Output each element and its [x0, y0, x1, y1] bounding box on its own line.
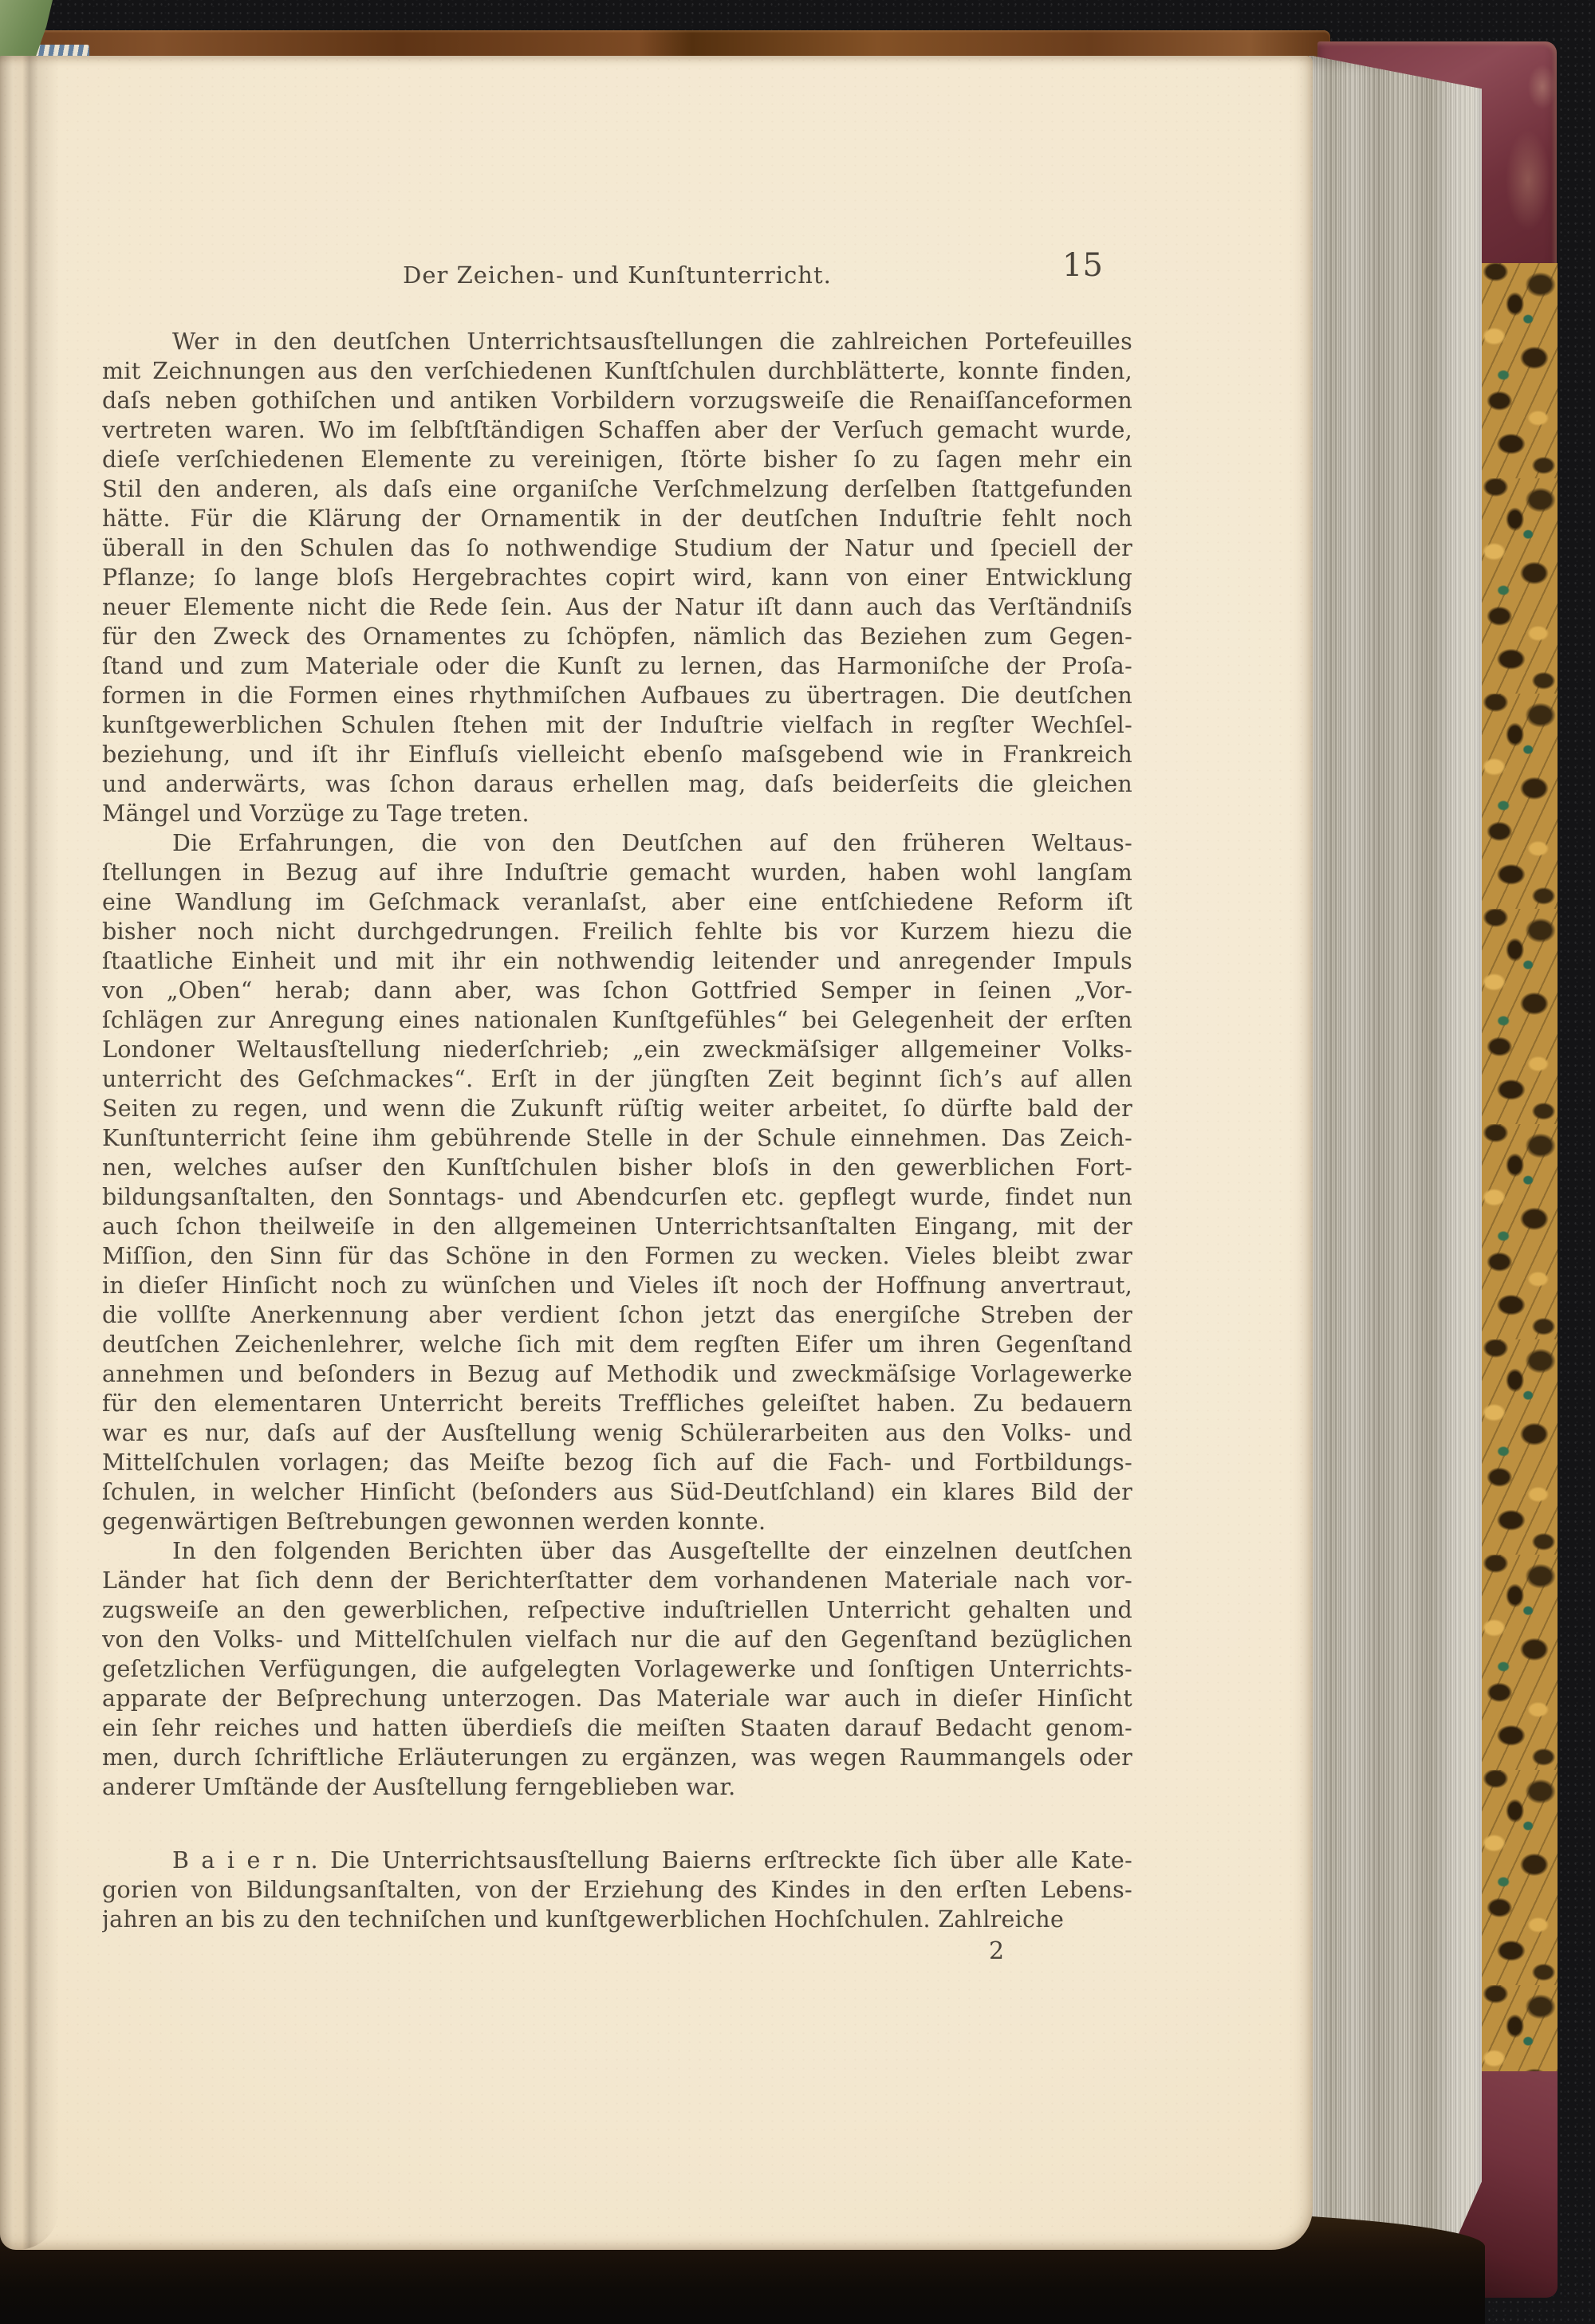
- text-line: ſtaatliche Einheit und mit ihr ein nothw…: [102, 946, 1132, 976]
- page-gutter-shadow: [0, 56, 59, 2250]
- text-line: war es nur, daſs auf der Ausſtellung wen…: [102, 1418, 1132, 1448]
- book-page: Der Zeichen- und Kunſtunterricht. 15 Wer…: [0, 56, 1313, 2250]
- text-line: Londoner Weltausſtellung niederſchrieb; …: [102, 1035, 1132, 1064]
- body-text: Wer in den deutſchen Unterrichtsausſtell…: [102, 327, 1132, 1934]
- text-line: unterricht des Geſchmackes“. Erſt in der…: [102, 1064, 1132, 1094]
- text-line: bisher noch nicht durchgedrungen. Freili…: [102, 917, 1132, 946]
- text-line: kunſtgewerblichen Schulen ſtehen mit der…: [102, 710, 1132, 740]
- text-line: Kunſtunterricht ſeine ihm gebührende Ste…: [102, 1123, 1132, 1153]
- text-line: ſtellungen in Bezug auf ihre Induſtrie g…: [102, 858, 1132, 887]
- text-line: men, durch ſchriftliche Erläuterungen zu…: [102, 1743, 1132, 1772]
- text-line: neuer Elemente nicht die Rede ſein. Aus …: [102, 592, 1132, 622]
- text-line: jahren an bis zu den techniſchen und kun…: [102, 1905, 1132, 1934]
- text-line: überall in den Schulen das ſo nothwendig…: [102, 533, 1132, 563]
- text-line: Mängel und Vorzüge zu Tage treten.: [102, 799, 1132, 828]
- text-line: in dieſer Hinſicht noch zu wünſchen und …: [102, 1271, 1132, 1300]
- text-line: Seiten zu regen, und wenn die Zukunft rü…: [102, 1094, 1132, 1123]
- text-line: für den elementaren Unterricht bereits T…: [102, 1389, 1132, 1418]
- paragraph: Die Erfahrungen, die von den Deutſchen a…: [102, 828, 1132, 1536]
- text-line: ſchlägen zur Anregung eines nationalen K…: [102, 1005, 1132, 1035]
- text-line: Pflanze; ſo lange bloſs Hergebrachtes co…: [102, 563, 1132, 592]
- signature-mark: 2: [989, 1937, 1004, 1965]
- text-line: Wer in den deutſchen Unterrichtsausſtell…: [102, 327, 1132, 356]
- text-line: gorien von Bildungsanſtalten, von der Er…: [102, 1875, 1132, 1905]
- text-line: ſchulen, in welcher Hinſicht (beſonders …: [102, 1477, 1132, 1507]
- marbled-board-edge: [1480, 263, 1558, 2071]
- text-line: Länder hat ſich denn der Berichterſtatte…: [102, 1566, 1132, 1595]
- text-line: apparate der Beſprechung unterzogen. Das…: [102, 1684, 1132, 1713]
- page-number: 15: [1062, 247, 1103, 284]
- text-line: bildungsanſtalten, den Sonntags- und Abe…: [102, 1182, 1132, 1212]
- text-line: die vollſte Anerkennung aber verdient ſc…: [102, 1300, 1132, 1330]
- text-line: B a i e r n. Die Unterrichtsausſtellung …: [102, 1846, 1132, 1875]
- fore-edge-page-stack: [1309, 56, 1482, 2256]
- text-line: und anderwärts, was ſchon daraus erhelle…: [102, 769, 1132, 799]
- book-top-board-edge: [0, 30, 1330, 59]
- text-line: beziehung, und iſt ihr Einfluſs vielleic…: [102, 740, 1132, 769]
- text-line: geſetzlichen Verfügungen, die aufgelegte…: [102, 1654, 1132, 1684]
- text-line: Die Erfahrungen, die von den Deutſchen a…: [102, 828, 1132, 858]
- text-line: Miſſion, den Sinn für das Schöne in den …: [102, 1241, 1132, 1271]
- running-head: Der Zeichen- und Kunſtunterricht.: [102, 261, 1132, 289]
- text-line: Stil den anderen, als daſs eine organiſc…: [102, 474, 1132, 504]
- text-line: annehmen und beſonders in Bezug auf Meth…: [102, 1359, 1132, 1389]
- text-line: von den Volks- und Mittelſchulen vielfac…: [102, 1625, 1132, 1654]
- text-line: eine Wandlung im Geſchmack veranlaſst, a…: [102, 887, 1132, 917]
- text-line: für den Zweck des Ornamentes zu ſchöpfen…: [102, 622, 1132, 651]
- text-line: ſtand und zum Materiale oder die Kunſt z…: [102, 651, 1132, 681]
- text-line: auch ſchon theilweiſe in den allgemeinen…: [102, 1212, 1132, 1241]
- text-line: In den folgenden Berichten über das Ausg…: [102, 1536, 1132, 1566]
- text-line: gegenwärtigen Beſtrebungen gewonnen werd…: [102, 1507, 1132, 1536]
- text-line: formen in die Formen eines rhythmiſchen …: [102, 681, 1132, 710]
- paragraph: B a i e r n. Die Unterrichtsausſtellung …: [102, 1846, 1132, 1934]
- text-line: ein ſehr reiches und hatten überdieſs di…: [102, 1713, 1132, 1743]
- text-line: nen, welches auſser den Kunſtſchulen bis…: [102, 1153, 1132, 1182]
- paragraph: Wer in den deutſchen Unterrichtsausſtell…: [102, 327, 1132, 828]
- text-line: von „Oben“ herab; dann aber, was ſchon G…: [102, 976, 1132, 1005]
- text-line: daſs neben gothiſchen und antiken Vorbil…: [102, 386, 1132, 415]
- paragraph: In den folgenden Berichten über das Ausg…: [102, 1536, 1132, 1802]
- text-line: mit Zeichnungen aus den verſchiedenen Ku…: [102, 356, 1132, 386]
- text-line: Mittelſchulen vorlagen; das Meiſte bezog…: [102, 1448, 1132, 1477]
- text-line: hätte. Für die Klärung der Ornamentik in…: [102, 504, 1132, 533]
- scanned-book-page-photo: Der Zeichen- und Kunſtunterricht. 15 Wer…: [0, 0, 1595, 2324]
- text-line: vertreten waren. Wo im ſelbſtſtändigen S…: [102, 415, 1132, 445]
- text-line: dieſe verſchiedenen Elemente zu vereinig…: [102, 445, 1132, 474]
- text-line: anderer Umſtände der Ausſtellung ferngeb…: [102, 1772, 1132, 1802]
- text-line: deutſchen Zeichenlehrer, welche ſich mit…: [102, 1330, 1132, 1359]
- text-line: zugsweiſe an den gewerblichen, reſpectiv…: [102, 1595, 1132, 1625]
